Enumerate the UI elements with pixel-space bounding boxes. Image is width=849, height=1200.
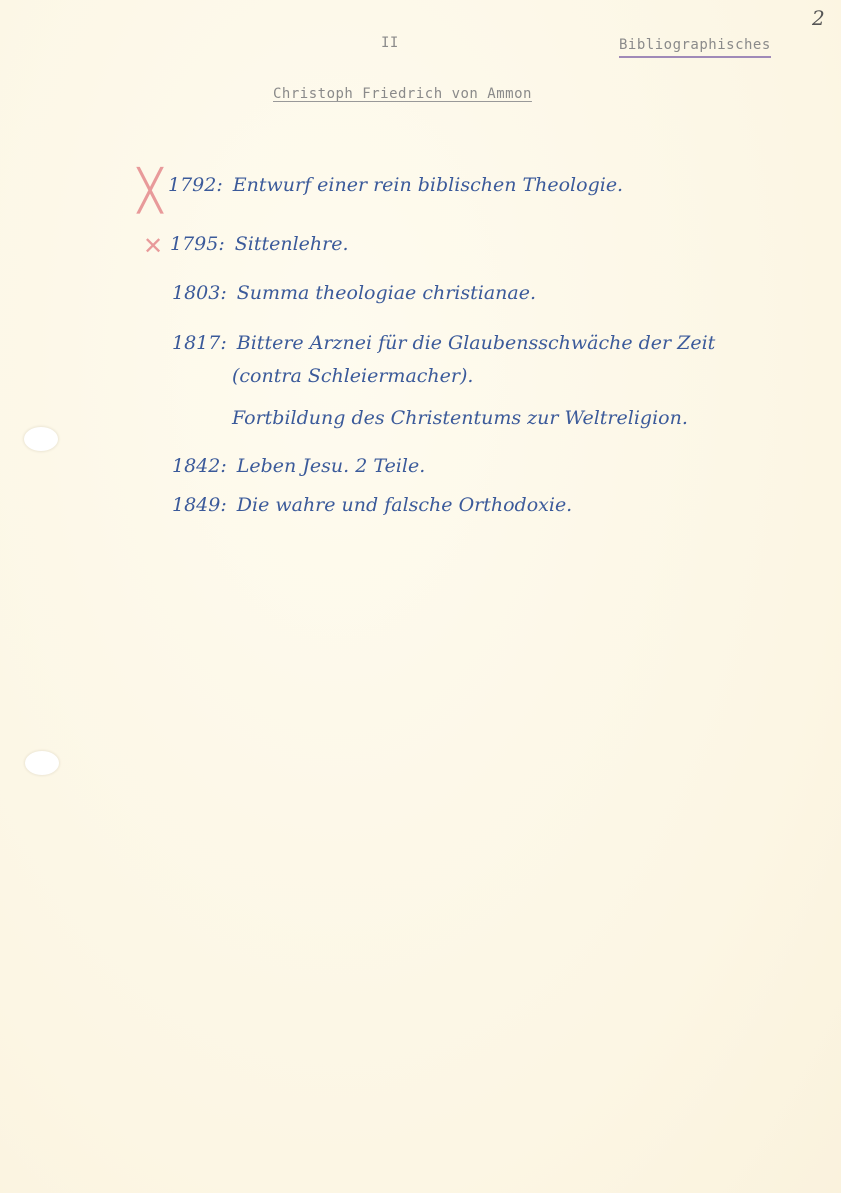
- bibliography-entry: 1795:Sittenlehre.: [170, 233, 349, 255]
- entry-title: Summa theologiae christianae.: [237, 282, 536, 304]
- bibliography-entry: 1817:Bittere Arznei für die Glaubensschw…: [172, 332, 715, 354]
- bibliography-entry: 1803:Summa theologiae christianae.: [172, 282, 536, 304]
- entry-title: Entwurf einer rein biblischen Theologie.: [233, 174, 623, 196]
- entry-year: 1842:: [172, 455, 227, 477]
- punch-hole: [25, 751, 59, 775]
- entry-title: Leben Jesu. 2 Teile.: [237, 455, 425, 477]
- bibliography-entry: 1849:Die wahre und falsche Orthodoxie.: [172, 494, 572, 516]
- entry-title: Bittere Arznei für die Glaubensschwäche …: [237, 332, 716, 354]
- entry-title: Die wahre und falsche Orthodoxie.: [237, 494, 572, 516]
- punch-hole: [24, 427, 58, 451]
- check-mark-icon: ╳: [138, 168, 162, 214]
- entry-year: 1792:: [168, 174, 223, 196]
- author-heading: Christoph Friedrich von Ammon: [273, 86, 532, 102]
- document-page: 2 II Bibliographisches Christoph Friedri…: [0, 0, 841, 1193]
- entry-continuation: (contra Schleiermacher).: [232, 365, 473, 387]
- check-mark-icon: ✕: [143, 232, 163, 260]
- entry-year: 1849:: [172, 494, 227, 516]
- entry-year: 1803:: [172, 282, 227, 304]
- section-number: II: [381, 35, 399, 51]
- entry-year: 1795:: [170, 233, 225, 255]
- section-title: Bibliographisches: [619, 37, 771, 58]
- page-number: 2: [812, 6, 825, 30]
- entry-title: Sittenlehre.: [235, 233, 349, 255]
- bibliography-entry: 1792:Entwurf einer rein biblischen Theol…: [168, 174, 623, 196]
- bibliography-entry: 1842:Leben Jesu. 2 Teile.: [172, 455, 425, 477]
- entry-year: 1817:: [172, 332, 227, 354]
- entry-note: Fortbildung des Christentums zur Weltrel…: [232, 407, 688, 429]
